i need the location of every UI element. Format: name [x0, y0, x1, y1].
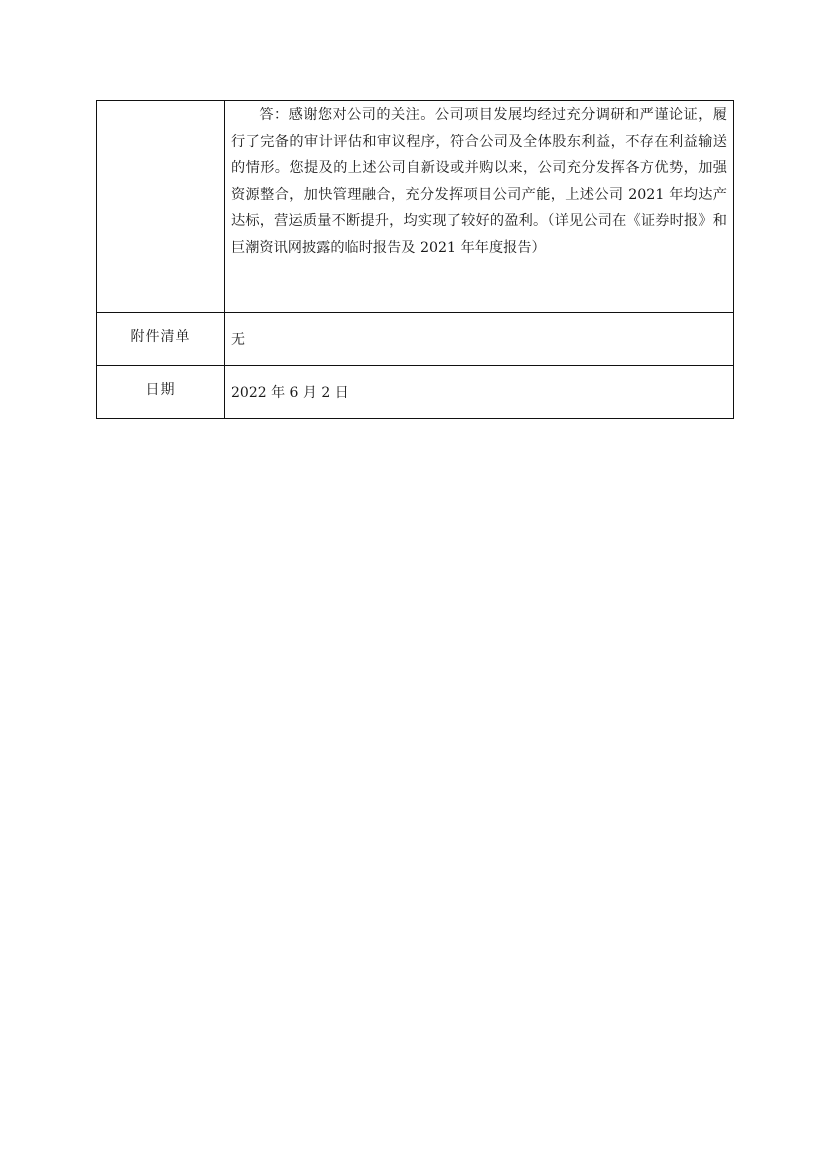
date-row: 日期 2022 年 6 月 2 日	[97, 366, 734, 419]
answer-text: 答：感谢您对公司的关注。公司项目发展均经过充分调研和严谨论证，履行了完备的审计评…	[225, 101, 734, 313]
date-label: 日期	[97, 366, 224, 399]
answer-label	[97, 101, 224, 114]
attachments-label-cell: 附件清单	[97, 313, 225, 366]
answer-row: 答：感谢您对公司的关注。公司项目发展均经过充分调研和严谨论证，履行了完备的审计评…	[97, 101, 734, 313]
date-label-cell: 日期	[97, 366, 225, 419]
attachments-label: 附件清单	[97, 313, 224, 346]
answer-label-cell	[97, 101, 225, 313]
date-value-cell: 2022 年 6 月 2 日	[225, 366, 734, 419]
date-value: 2022 年 6 月 2 日	[225, 366, 733, 402]
attachments-value-cell: 无	[225, 313, 734, 366]
attachments-row: 附件清单 无	[97, 313, 734, 366]
attachments-value: 无	[225, 313, 733, 349]
investor-relations-table: 答：感谢您对公司的关注。公司项目发展均经过充分调研和严谨论证，履行了完备的审计评…	[96, 100, 734, 419]
